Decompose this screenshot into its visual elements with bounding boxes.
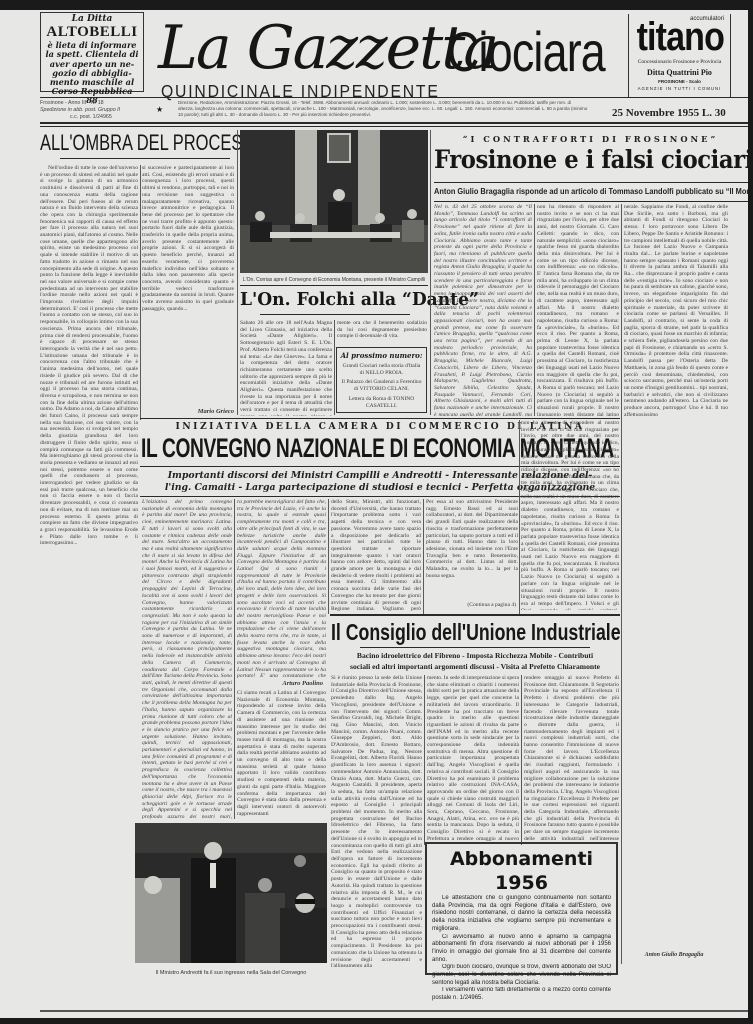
- postal-account: c.c. post. 1/24965: [40, 114, 150, 121]
- abbonamenti-paragraph: I versamenti vanno fatti direttamente o …: [432, 987, 611, 1002]
- deck-unione-line2: sociali ed altri importanti argomenti di…: [330, 661, 620, 672]
- prossimo-item: Grandi Ciociari nella storia d'Italia di…: [340, 363, 423, 376]
- titano-ditta: Ditta Quattrini Pio: [629, 68, 730, 77]
- frosinone-col2: non ha ritenuto di rispondere al nostro …: [537, 204, 619, 416]
- column-divider: [140, 165, 141, 420]
- deck-unione-line1: Bacino idroelettrico del Fibreno - Impos…: [330, 650, 620, 661]
- photo-image: [240, 130, 428, 273]
- masthead-title-ciociara: Ciociara: [447, 22, 605, 82]
- issue-info: Frosinone - Anno III - N. 18 Spedizione …: [40, 100, 150, 121]
- headline-processo: ALL'OMBRA DEL PROCESSO: [40, 130, 266, 156]
- convegno-col4: Per essa al suo attivissimo Presidente r…: [426, 499, 518, 599]
- headline-unione: Il Consiglio dell'Unione Industriale: [331, 619, 621, 646]
- titano-agencies: AGENZIE IN TUTTI I COMUNI: [629, 86, 730, 91]
- column-divider: [424, 675, 425, 845]
- column-divider: [521, 675, 522, 845]
- issue-date-price: 25 Novembre 1955 L. 30: [612, 107, 726, 119]
- newspaper-page: La Ditta ALTOBELLI è lieta di informare …: [0, 10, 748, 1018]
- photo-caption-opening: L'On. Corrias apre il Convegno di Econom…: [240, 277, 428, 283]
- unione-col2: mento. In sede di interpretazione si spe…: [427, 675, 519, 843]
- headline-underline: [260, 314, 410, 315]
- column-divider: [430, 130, 431, 415]
- column-divider: [334, 320, 335, 415]
- divider: [434, 201, 748, 202]
- deck-frosinone: Anton Giulio Bragaglia risponde ad un ar…: [434, 186, 748, 196]
- titano-logo: titano: [637, 18, 723, 56]
- folchi-col2: mente ora che il benemerito sodalizio da…: [337, 320, 427, 344]
- column-divider: [234, 499, 235, 819]
- divider: [330, 614, 620, 616]
- titano-concessionario: Concessionario Frosinone e Provincia: [629, 59, 730, 65]
- frosinone-col1: Nel n. 43 del 25 ottobre scorso de “Il M…: [434, 204, 532, 416]
- issue-number: Frosinone - Anno III - N. 18: [40, 100, 150, 107]
- convegno-col3: dello Stato, Ministri, alti funzionari, …: [331, 499, 421, 611]
- prossimo-numero-title: Al prossimo numero:: [340, 351, 423, 360]
- headline-underline: [60, 158, 230, 159]
- photo-andreotti: [135, 823, 327, 963]
- kicker-contrafforti: “I CONTRAFFORTI DI FROSINONE”: [433, 134, 748, 144]
- column-divider: [328, 499, 329, 614]
- unione-col1: Si è riunito presso la sede della Unione…: [331, 675, 422, 1018]
- headline-frosinone: Frosinone e i falsi ciociari: [434, 145, 748, 175]
- frosinone-signature: Anton Giulio Bragaglia: [624, 952, 724, 958]
- abbonamenti-paragraph: Ci avviciniamo al nuovo anno e apriamo l…: [432, 934, 611, 965]
- divider: [140, 418, 620, 419]
- continua-note: (Continua a pagina 4): [426, 602, 516, 609]
- titano-city: FROSINONE - Scalo: [629, 79, 730, 84]
- masthead-rule: [40, 97, 748, 98]
- admin-info: Direzione, Redazione, Amministrazione: P…: [178, 100, 588, 120]
- prossimo-item: Lettera da Roma di TONINO CASATELLI.: [340, 396, 423, 409]
- prossimo-numero-box: Al prossimo numero: Grandi Ciociari nell…: [336, 347, 427, 413]
- processo-byline: Mario Grieco: [142, 408, 234, 415]
- star-icon: ★: [156, 105, 163, 114]
- photo-caption-andreotti: Il Ministro Andreotti fa il suo ingresso…: [135, 970, 327, 976]
- masthead-thin-rule: [40, 126, 748, 127]
- abbonamenti-headline: Abbonamenti 1956: [432, 847, 611, 895]
- convegno-col2: ra potrebbe meravigliarsi del fatto che,…: [237, 499, 326, 679]
- column-divider: [423, 499, 424, 614]
- frosinone-col3: nerale. Sappiamo che Fondi, al confine d…: [624, 204, 728, 952]
- headline-underline: [360, 647, 590, 648]
- processo-col2: si successive e partecipatamente ai loro…: [142, 165, 234, 408]
- frosinone-col2-cont: non ha ritenuto di rispondere al nostro …: [521, 420, 619, 610]
- column-divider: [534, 204, 535, 416]
- abbonamenti-paragraph: Le attestazioni che ci giungono continua…: [432, 895, 611, 934]
- altobelli-brand: ALTOBELLI: [45, 24, 139, 41]
- page-bottom-rule: [40, 1010, 748, 1012]
- photo-image: [135, 823, 327, 963]
- convegno-col2b: Ci siamo recati a Latina al I Convegno N…: [237, 690, 326, 820]
- divider: [240, 285, 428, 286]
- unione-col3: rendere omaggio al nuovo Prefetto di Fro…: [524, 675, 619, 843]
- altobelli-intro: La Ditta: [45, 15, 139, 24]
- masthead-double-rule: [40, 122, 748, 124]
- convegno-byline: Arturo Paolino: [237, 680, 323, 687]
- altobelli-ad: La Ditta ALTOBELLI è lieta di informare …: [40, 12, 144, 92]
- folchi-col1: Sabato 26 alle ore 18 nell'Aula Magna de…: [240, 320, 332, 416]
- prossimo-item: Il Palazzo dei Gaudenzi a Ferentino di V…: [340, 379, 423, 392]
- abbonamenti-box: Abbonamenti 1956 Le attestazioni che ci …: [425, 842, 618, 975]
- column-divider: [621, 204, 622, 964]
- masthead-subtitle: QUINDICINALE INDIPENDENTE: [161, 81, 440, 102]
- column-divider: [519, 420, 520, 615]
- convegno-col1: L'iniziativa del primo convegno nazional…: [142, 499, 232, 819]
- postal-info: Spedizione in abb. post. Gruppo II: [40, 107, 150, 114]
- divider: [434, 182, 748, 183]
- column-divider: [237, 130, 238, 415]
- processo-col1: Nell'ordine di tutte le cose dell'univer…: [40, 165, 138, 805]
- titano-ad: accumulatori titano Concessionario Frosi…: [628, 14, 731, 98]
- abbonamenti-paragraph: Ogni buon ciociaro, ovunque si trovi, di…: [432, 964, 611, 987]
- photo-convegno-opening: [240, 130, 428, 273]
